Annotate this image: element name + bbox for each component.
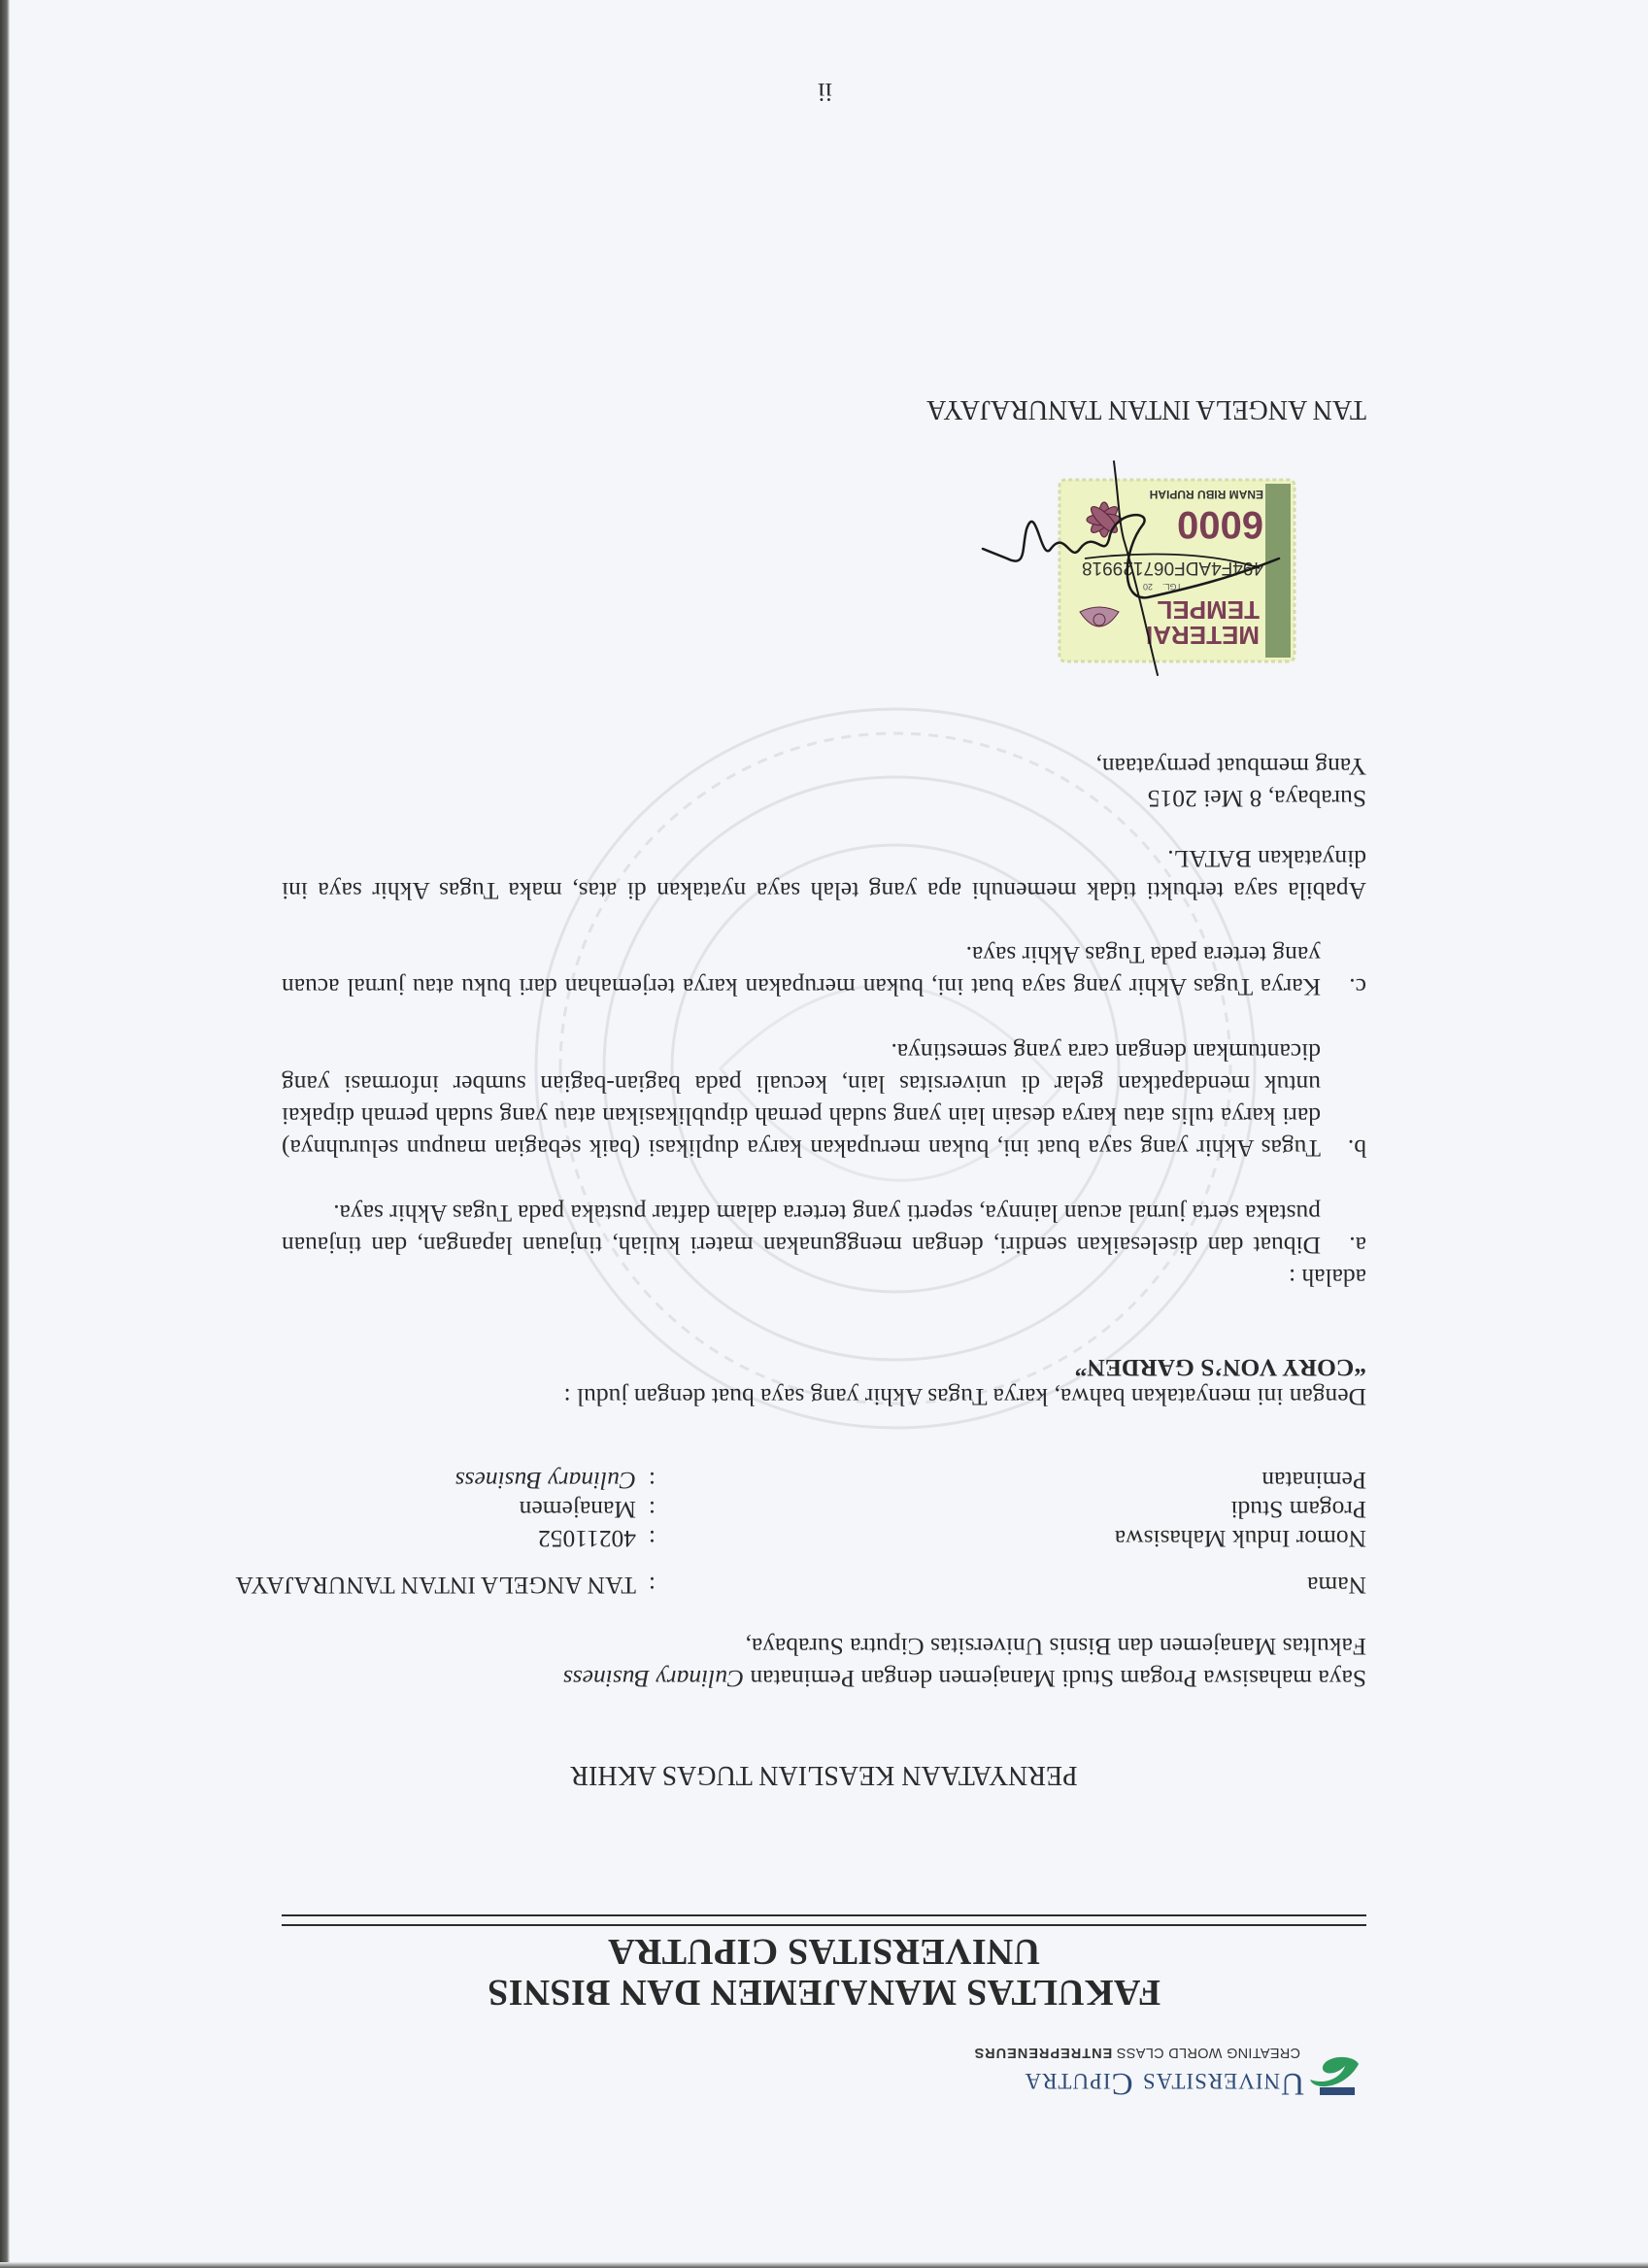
student-id: 40211052: [538, 1524, 636, 1553]
scanned-page-rotated: Universitas Ciputra CREATING WORLD CLASS…: [0, 0, 1648, 2268]
header-rule-bottom: [282, 1914, 1366, 1916]
specialization: Culinary Business: [455, 1466, 636, 1495]
faculty-name: FAKULTAS MANAJEMEN DAN BISNIS: [282, 1972, 1366, 2013]
page-number: ii: [818, 77, 832, 107]
list-item-c: c. Karya Tugas Akhir yang saya buat ini,…: [282, 939, 1366, 1003]
student-name: TAN ANGELA INTAN TANURAJAYA: [235, 1571, 636, 1600]
statement-lead: Dengan ini menyatakan bahwa, karya Tugas…: [282, 1381, 1366, 1413]
scan-edge-bottom: [0, 2262, 1648, 2268]
specialization-emphasis: Culinary Business: [563, 1665, 744, 1693]
university-name: Universitas Ciputra: [1025, 2065, 1304, 2101]
signer-name: TAN ANGELA INTAN TANURAJAYA: [926, 393, 1366, 424]
intro-paragraph: Saya mahasiswa Progam Studi Manajemen de…: [282, 1631, 1366, 1695]
university-name-header: UNIVERSITAS CIPUTRA: [282, 1931, 1366, 1972]
list-item-a: a. Dibuat dan diselesaikan sendiri, deng…: [282, 1166, 1366, 1262]
handwritten-signature: [910, 452, 1318, 694]
adalah-label: adalah :: [282, 1262, 1366, 1294]
study-program: Manajemen: [520, 1495, 636, 1524]
list-item-b: b. Tugas Akhir yang saya buat ini, bukan…: [282, 1004, 1366, 1165]
universitas-ciputra-swoosh-icon: [1308, 2054, 1364, 2099]
university-tagline: CREATING WORLD CLASS ENTREPRENEURS: [974, 2045, 1300, 2060]
university-logo: Universitas Ciputra CREATING WORLD CLASS…: [859, 2027, 1364, 2105]
document-title: PERNYATAAN KEASLIAN TUGAS AKHIR: [282, 1759, 1366, 1790]
closing-paragraph: Apabila saya terbukti tidak memenuhi apa…: [282, 843, 1366, 907]
signer-label: Yang membuat pernyataan,: [1095, 752, 1366, 781]
signing-date: Surabaya, 8 Mei 2015: [1148, 784, 1366, 813]
faculty-header: FAKULTAS MANAJEMEN DAN BISNIS UNIVERSITA…: [282, 1931, 1366, 2013]
project-title: “CORY VON’S GARDEN”: [1075, 1353, 1366, 1382]
header-rule-top: [282, 1924, 1366, 1926]
